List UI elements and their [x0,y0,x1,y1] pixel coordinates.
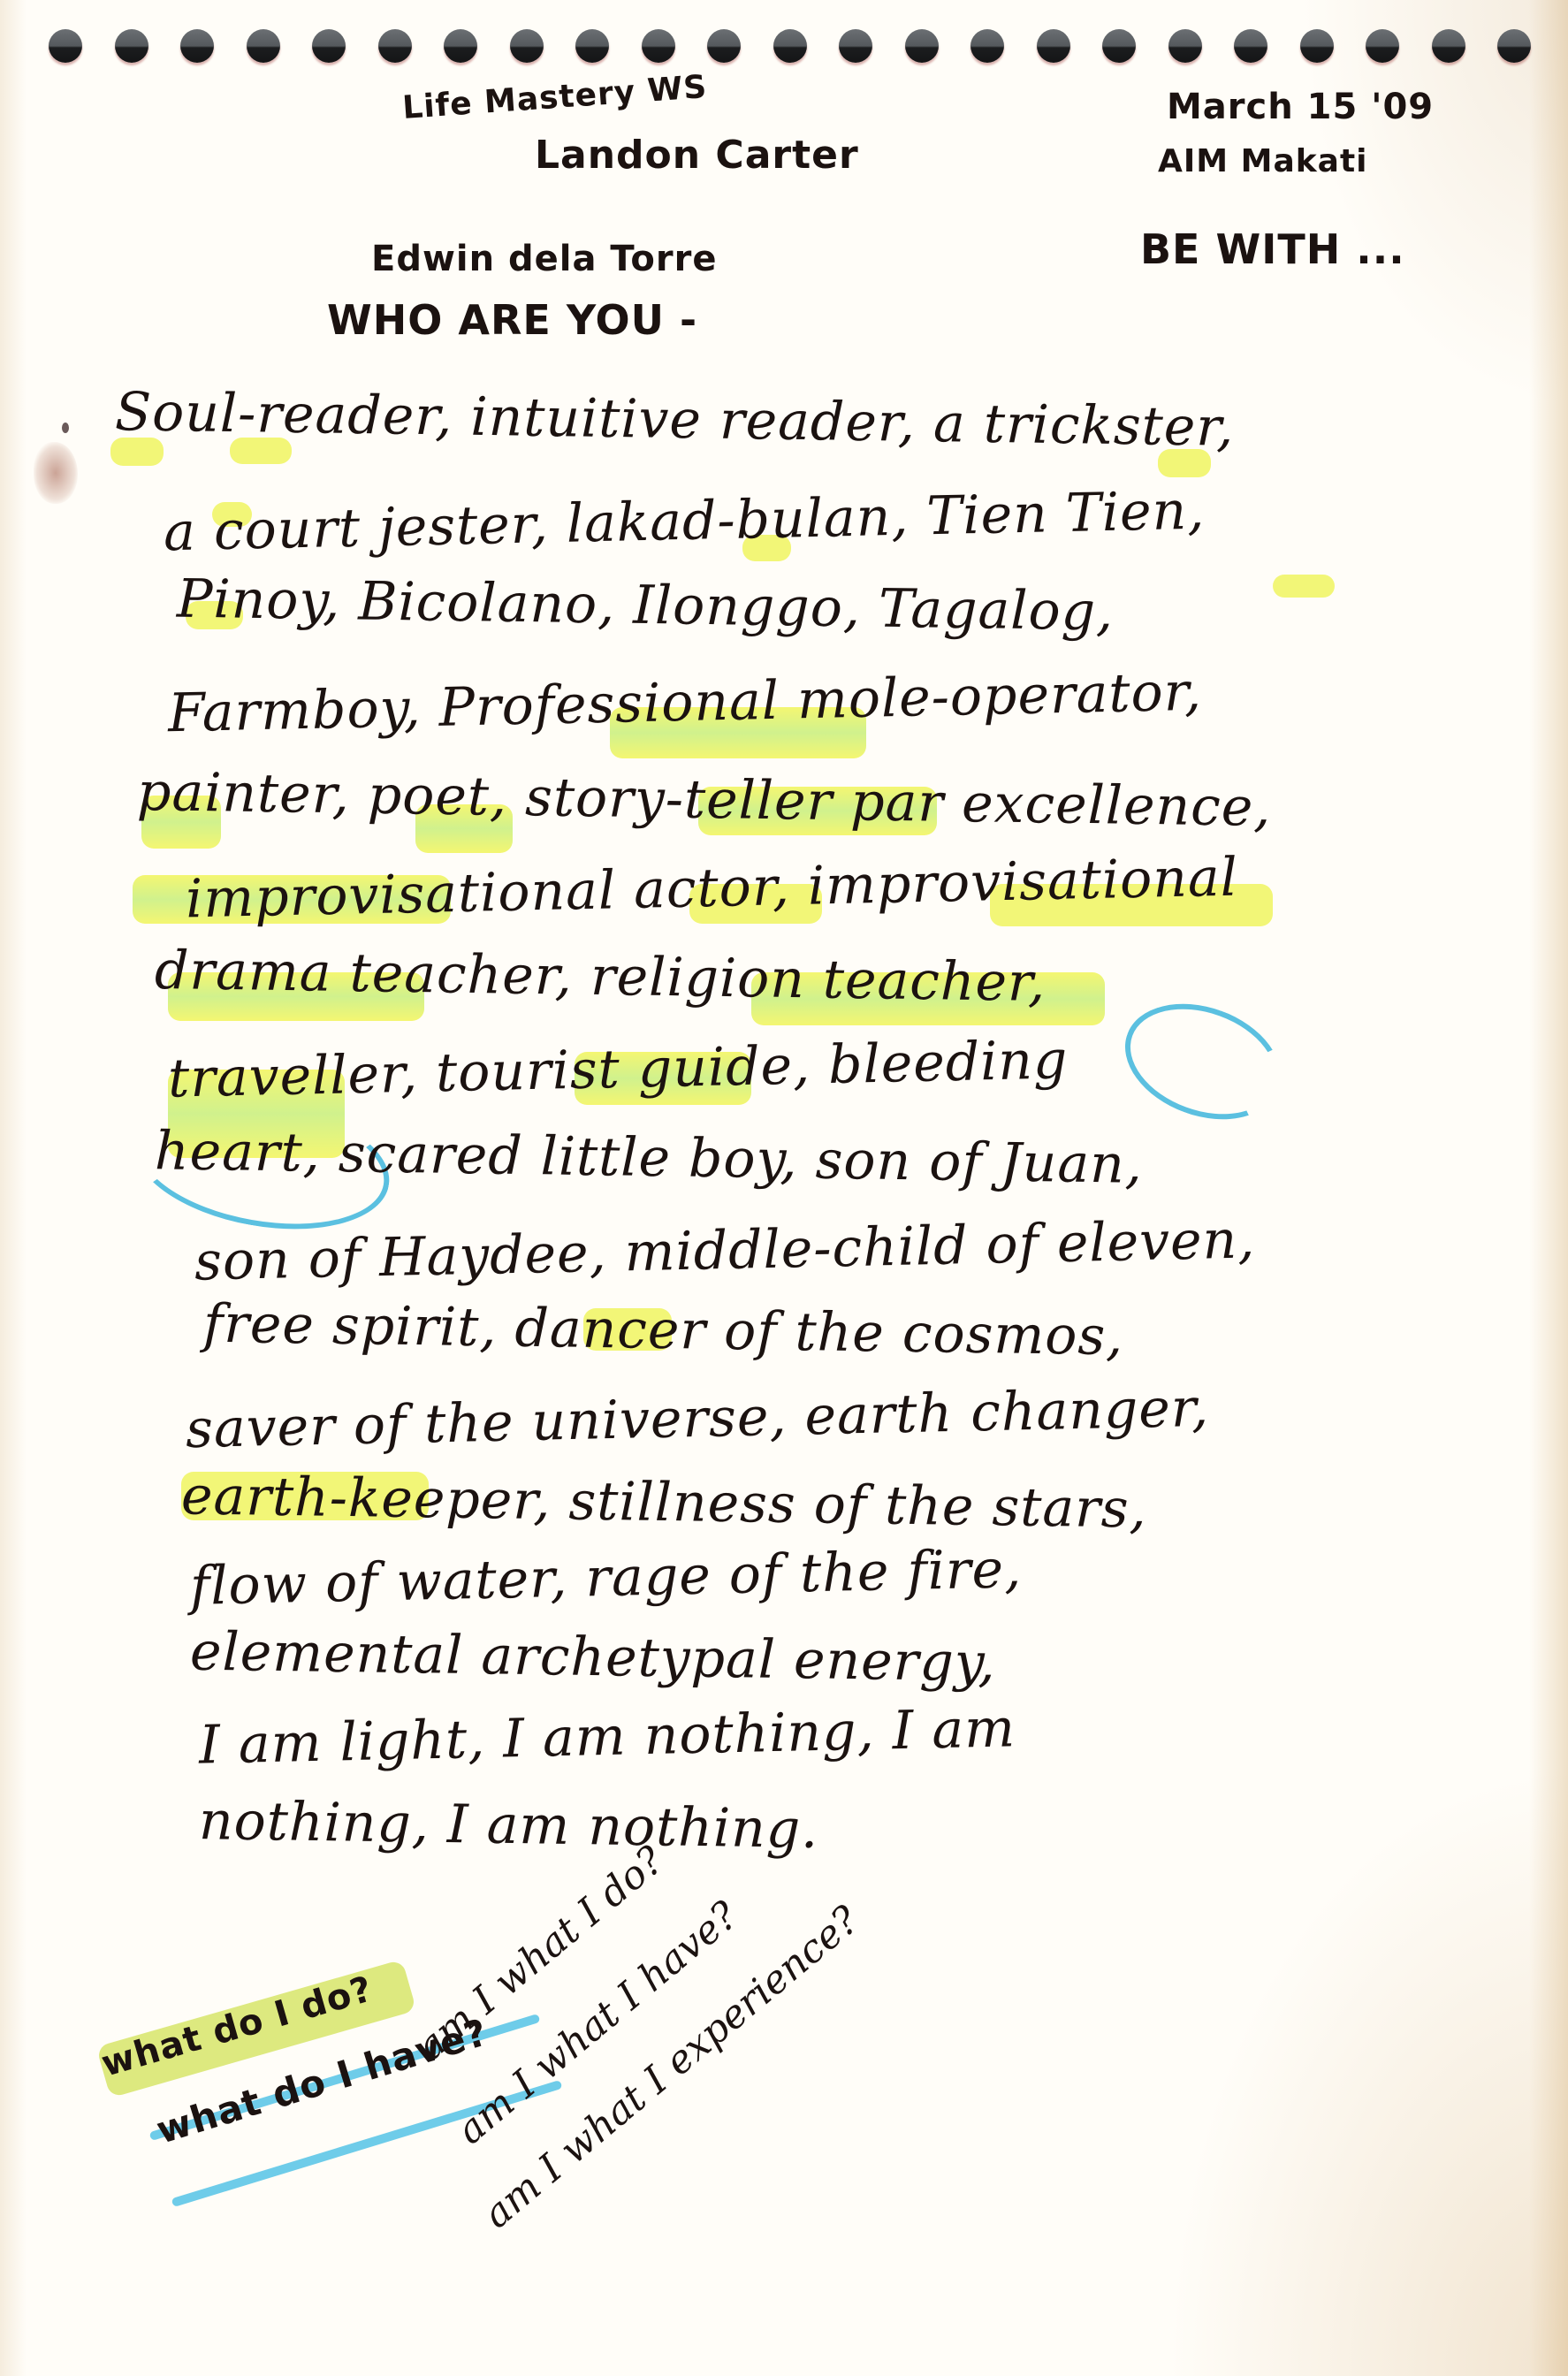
facilitator-name: Landon Carter [535,133,859,178]
binding-hole [510,29,544,63]
binding-hole [1037,29,1070,63]
binding-hole [247,29,280,63]
handwritten-line: a court jester, lakad-bulan, Tien Tien, [163,480,1205,564]
binding-hole [1497,29,1531,63]
binding-hole [1168,29,1202,63]
handwritten-line: drama teacher, religion teacher, [155,940,1047,1014]
handwritten-line: nothing, I am nothing. [199,1790,819,1861]
handwritten-line: Farmboy, Professional mole-operator, [167,661,1202,744]
binding-hole [970,29,1004,63]
binding-hole [707,29,741,63]
binding-hole [115,29,148,63]
handwritten-line: traveller, tourist guide, bleeding [167,1029,1069,1109]
binding-hole [378,29,412,63]
handwritten-line: elemental archetypal energy, [190,1621,997,1694]
ink-stain [34,442,78,504]
handwritten-line: son of Haydee, middle-child of eleven, [194,1208,1255,1292]
binding-hole [444,29,477,63]
binding-hole [575,29,609,63]
handwritten-line: I am light, I am nothing, I am [198,1697,1016,1776]
binding-hole [312,29,346,63]
handwritten-line: painter, poet, story-teller par excellen… [137,761,1272,839]
notebook-page: Life Mastery WS Landon Carter March 15 '… [0,0,1568,2376]
binding-hole [1366,29,1399,63]
handwritten-line: earth-keeper, stillness of the stars, [181,1465,1148,1540]
binding-hole [642,29,675,63]
handwritten-line: Pinoy, Bicolano, Ilonggo, Tagalog, [177,568,1115,643]
binding-hole [180,29,214,63]
binding-hole [773,29,807,63]
date: March 15 '09 [1167,87,1434,127]
binding-hole [1300,29,1334,63]
binding-hole [1432,29,1465,63]
binding-hole [1234,29,1267,63]
instruction-text: BE WITH ... [1140,225,1405,273]
binding-hole [1102,29,1136,63]
handwritten-line: saver of the universe, earth changer, [185,1377,1209,1460]
handwritten-line: free spirit, dancer of the cosmos, [203,1293,1124,1368]
ink-dot [62,423,69,433]
venue: AIM Makati [1158,143,1368,179]
author-name: Edwin dela Torre [371,239,717,279]
question-am-i-what-i-do: am I what I do? [408,1838,672,2069]
prompt-question: WHO ARE YOU - [327,296,697,344]
spiral-binding [0,0,1568,88]
blue-circle-bleeding [1109,984,1298,1140]
binding-hole [49,29,82,63]
handwritten-line: flow of water, rage of the fire, [189,1538,1022,1618]
highlight-tien [1273,575,1335,598]
binding-hole [905,29,939,63]
binding-hole [839,29,872,63]
